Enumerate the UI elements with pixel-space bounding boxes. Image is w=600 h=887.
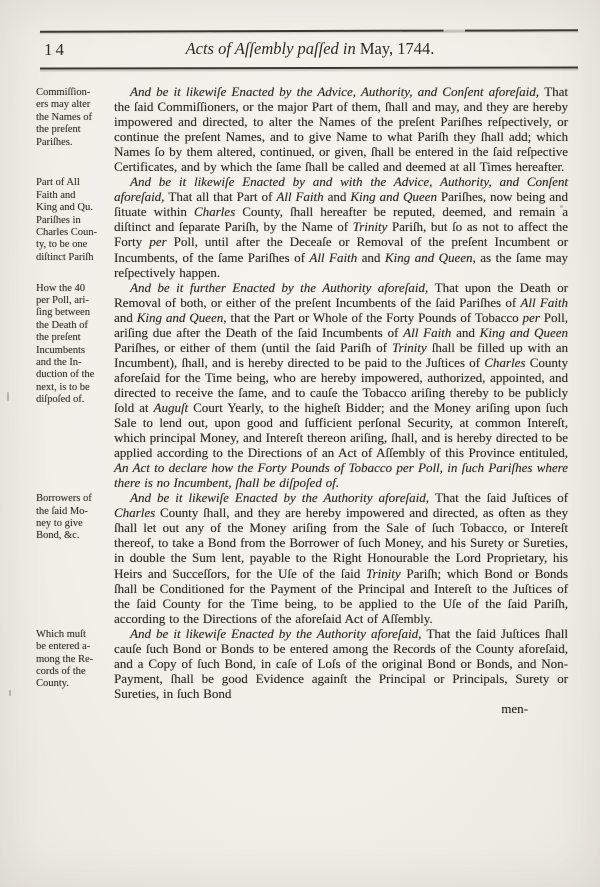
text-segment: and [114,310,137,325]
margin-note: Part of All Faith and King and Qu. Pariſ… [36,174,114,264]
text-segment-italic: King and Queen [350,189,437,204]
page-body: Commiſſion- ers may alter the Names of t… [36,84,568,716]
running-title-roman: May, 1744. [356,39,435,58]
text-segment-italic: And be it likewiſe Enacted by the Author… [130,490,435,505]
text-segment-italic: And be it likewiſe Enacted by the Author… [130,626,426,641]
paragraph: And be it likewiſe Enacted by and with t… [114,174,568,279]
text-segment: That the ſaid Juſtices of [435,490,568,505]
text-segment-italic: Charles [194,204,235,219]
scan-artifact [9,690,11,696]
text-segment-italic: per [149,234,166,249]
header-rule-bottom [40,67,578,70]
margin-note: Borrowers of the ſaid Mo- ney to give Bo… [36,490,114,543]
text-segment-italic: King and Queen [137,310,224,325]
scanned-page: 14 Acts of Aſſembly paſſed in May, 1744.… [0,0,600,887]
text-segment-italic: And be it likewiſe Enacted by the Advice… [130,84,544,99]
text-segment: , that the Part or Whole of the Forty Po… [223,310,522,325]
text-segment-italic: An Act to declare how the Forty Pounds o… [114,460,568,490]
text-segment-italic: per [523,310,540,325]
paragraph: And be it further Enacted by the Authori… [114,280,568,491]
act-sections: Commiſſion- ers may alter the Names of t… [36,84,568,701]
text-segment: That all that Part of [168,189,276,204]
running-title: Acts of Aſſembly paſſed in May, 1744. [60,39,560,59]
text-segment-italic: Auguſt [154,400,189,415]
text-segment-italic: All Faith [276,189,323,204]
text-segment-italic: Charles [114,505,155,520]
text-segment: Pariſhes, or either of them (until the ſ… [114,340,392,355]
act-section: How the 40 per Poll, ari- ſing between t… [36,280,568,491]
margin-note: Which muſt be entered a- mong the Re- co… [36,626,114,691]
header-rule-top [40,29,578,32]
text-segment-italic: Charles [484,355,525,370]
margin-note: Commiſſion- ers may alter the Names of t… [36,84,114,149]
paragraph: And be it likewiſe Enacted by the Advice… [114,84,568,174]
act-section: Borrowers of the ſaid Mo- ney to give Bo… [36,490,568,625]
text-segment-italic: All Faith [520,295,568,310]
text-segment: and [451,325,479,340]
text-segment-italic: Trinity [353,219,388,234]
act-section: Commiſſion- ers may alter the Names of t… [36,84,568,174]
scan-artifact [7,392,9,401]
act-section: Part of All Faith and King and Qu. Pariſ… [36,174,568,279]
text-segment: and [357,250,385,265]
text-segment-italic: All Faith [403,325,451,340]
margin-note: How the 40 per Poll, ari- ſing between t… [36,280,114,407]
text-segment-italic: King and Queen [480,325,568,340]
paragraph: And be it likewiſe Enacted by the Author… [114,490,568,625]
scan-artifact [560,205,563,208]
text-segment-italic: All Faith [309,250,357,265]
running-title-italic: Acts of Aſſembly paſſed in [186,39,356,58]
paragraph: And be it likewiſe Enacted by the Author… [114,626,568,701]
text-segment: and [324,189,351,204]
text-segment-italic: Trinity [392,340,427,355]
text-segment-italic: And be it further Enacted by the Authori… [130,280,435,295]
text-segment-italic: Trinity [366,566,401,581]
catchword: men- [36,701,568,716]
act-section: Which muſt be entered a- mong the Re- co… [36,626,568,701]
text-segment-italic: King and Queen [385,250,473,265]
